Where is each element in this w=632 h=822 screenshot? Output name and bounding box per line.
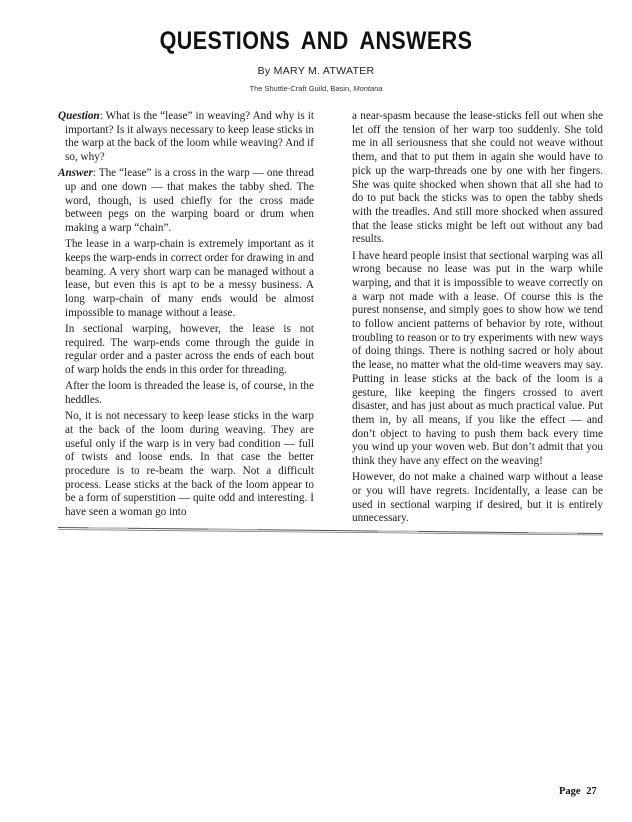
author-byline: By MARY M. ATWATER [0,65,632,77]
answer-text: : The “lease” is a cross in the warp — o… [65,167,314,234]
article-title: QUESTIONS AND ANSWERS [44,27,588,56]
question-text: : What is the “lease” in weaving? And wh… [65,110,314,163]
left-column: Question: What is the “lease” in weaving… [58,110,314,522]
body-paragraph: After the loom is threaded the lease is,… [58,380,314,407]
section-divider-rule [58,526,603,536]
right-column: a near-spasm because the lease-sticks fe… [352,110,603,529]
affiliation-state: Montana [353,84,382,93]
body-paragraph: In sectional warping, however, the lease… [58,323,314,378]
question-label: Question [58,110,100,122]
body-paragraph-continued: a near-spasm because the lease-sticks fe… [352,110,603,247]
affiliation-text: The Shuttle-Craft Guild, Basin, [250,84,354,93]
answer-label: Answer [58,167,93,179]
question-paragraph: Question: What is the “lease” in weaving… [58,110,314,165]
body-paragraph: The lease in a warp-chain is extremely i… [58,238,314,320]
body-paragraph: I have heard people insist that sectiona… [352,250,603,469]
body-paragraph: No, it is not necessary to keep lease st… [58,410,314,520]
answer-paragraph: Answer: The “lease” is a cross in the wa… [58,167,314,236]
author-affiliation: The Shuttle-Craft Guild, Basin, Montana [0,84,632,93]
page-number: Page 27 [559,786,597,797]
body-paragraph: However, do not make a chained warp with… [352,471,603,526]
